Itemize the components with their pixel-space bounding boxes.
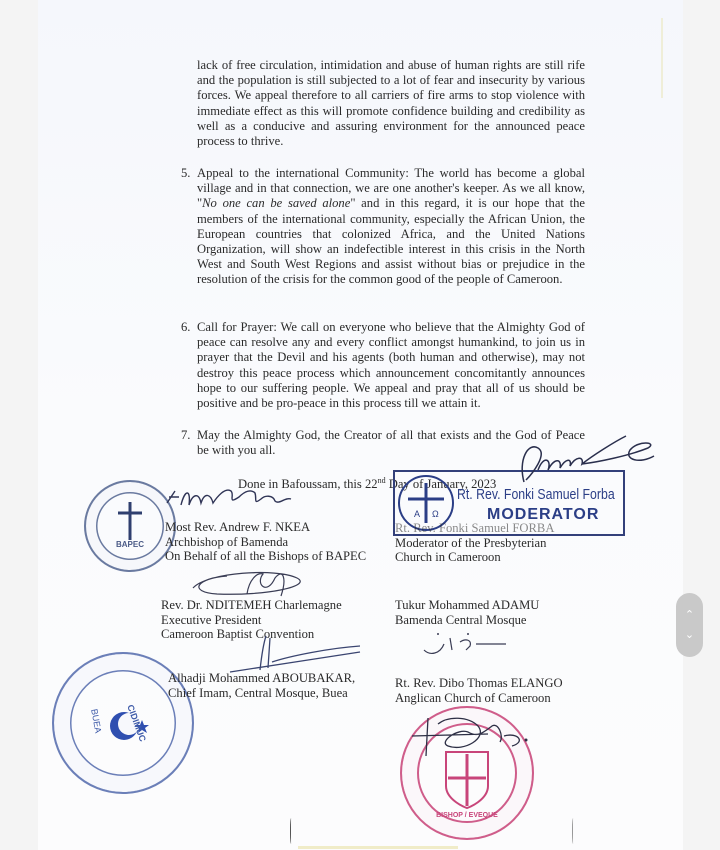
quote: No one can be saved alone bbox=[202, 196, 350, 210]
list-item-6: 6. Call for Prayer: We call on everyone … bbox=[197, 320, 585, 411]
page-bottom-tint bbox=[298, 846, 458, 849]
nditemeh-signature bbox=[187, 566, 327, 600]
elango-signature bbox=[408, 712, 548, 762]
page-mark bbox=[290, 818, 293, 844]
anglican-stamp-text: BISHOP / EVEQUE bbox=[402, 812, 532, 819]
intro-paragraph: lack of free circulation, intimidation a… bbox=[197, 58, 585, 149]
page-edge-mark bbox=[661, 18, 663, 98]
svg-text:Ω: Ω bbox=[432, 509, 439, 519]
bapec-stamp-text: BAPEC bbox=[86, 540, 174, 549]
aboubakar-signature bbox=[210, 632, 370, 672]
nkea-signature bbox=[165, 483, 305, 513]
svg-text:A: A bbox=[414, 509, 420, 519]
scroll-up-icon[interactable]: ⌃ bbox=[685, 610, 694, 620]
list-item-5: 5. Appeal to the international Community… bbox=[197, 166, 585, 288]
signatory-aboubakar: Alhadji Mohammed ABOUBAKAR, Chief Imam, … bbox=[168, 671, 355, 700]
scroll-down-icon[interactable]: ⌄ bbox=[685, 630, 694, 640]
item-text: Appeal to the international Community: T… bbox=[197, 166, 585, 288]
adamu-signature bbox=[420, 630, 510, 660]
item-number: 7. bbox=[181, 428, 190, 443]
page-mark bbox=[572, 818, 575, 844]
item-text: Call for Prayer: We call on everyone who… bbox=[197, 320, 585, 411]
bapec-stamp: BAPEC bbox=[84, 480, 176, 572]
item-number: 6. bbox=[181, 320, 190, 335]
signatory-forba: Rt. Rev. Fonki Samuel FORBA Moderator of… bbox=[395, 521, 554, 565]
signatory-nkea: Most Rev. Andrew F. NKEA Archbishop of B… bbox=[165, 520, 366, 564]
scroll-control[interactable]: ⌃ ⌄ bbox=[676, 593, 703, 657]
signatory-adamu: Tukur Mohammed ADAMU Bamenda Central Mos… bbox=[395, 598, 539, 627]
item-number: 5. bbox=[181, 166, 190, 181]
signatory-elango: Rt. Rev. Dibo Thomas ELANGO Anglican Chu… bbox=[395, 676, 563, 705]
forba-signature bbox=[518, 430, 658, 490]
